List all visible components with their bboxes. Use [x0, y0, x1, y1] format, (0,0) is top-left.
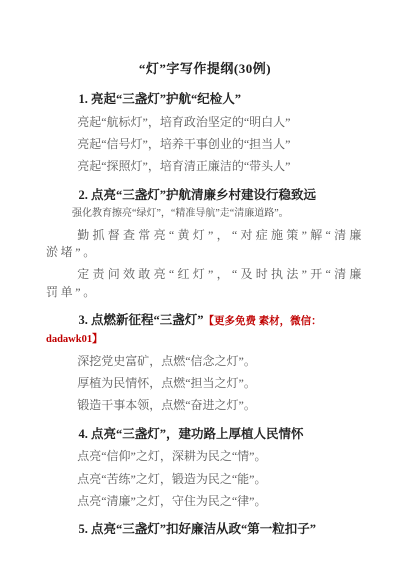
promo-annotation: 【更多免费 素材，微信：dadawk01】 — [46, 316, 322, 345]
section-heading: 4. 点亮“三盏灯”，建功路上厚植人民情怀 — [46, 426, 364, 444]
outline-line: 点亮“苦练”之灯，锻造为民之“能”。 — [46, 471, 364, 488]
outline-section: 1. 亮起“三盏灯”护航“纪检人”亮起“航标灯”，培育政治坚定的“明白人”亮起“… — [46, 91, 364, 176]
outline-line: 厚植为民情怀，点燃“担当之灯”。 — [46, 375, 364, 392]
section-heading: 1. 亮起“三盏灯”护航“纪检人” — [46, 91, 364, 109]
outline-line: 点亮“清廉”之灯，守住为民之“律”。 — [46, 493, 364, 510]
outline-line: 亮起“探照灯”，培育清正廉洁的“带头人” — [46, 158, 364, 175]
outline-line: 勤抓督查常亮“黄灯”，“对症施策”解“清廉淤堵”。 — [46, 227, 364, 262]
outline-line: 点亮“信仰”之灯，深耕为民之“情”。 — [46, 448, 364, 465]
outline-line: 亮起“航标灯”，培育政治坚定的“明白人” — [46, 114, 364, 131]
outline-line: 定责问效敢亮“红灯”，“及时执法”开“清廉罚单”。 — [46, 266, 364, 301]
outline-line: 亮起“信号灯”，培养干事创业的“担当人” — [46, 136, 364, 153]
outline-sections: 1. 亮起“三盏灯”护航“纪检人”亮起“航标灯”，培育政治坚定的“明白人”亮起“… — [46, 91, 364, 539]
outline-section: 4. 点亮“三盏灯”，建功路上厚植人民情怀点亮“信仰”之灯，深耕为民之“情”。点… — [46, 426, 364, 511]
section-heading: 2. 点亮“三盏灯”护航清廉乡村建设行稳致远 — [46, 187, 364, 205]
outline-line: 强化教育擦亮“绿灯”，“精准导航”走“清廉道路”。 — [46, 207, 364, 222]
outline-line: 锻造干事本领，点燃“奋进之灯”。 — [46, 397, 364, 414]
document-title: “灯”字写作提纲(30例) — [46, 58, 364, 77]
section-heading: 5. 点亮“三盏灯”扣好廉洁从政“第一粒扣子” — [46, 521, 364, 539]
outline-section: 2. 点亮“三盏灯”护航清廉乡村建设行稳致远强化教育擦亮“绿灯”，“精准导航”走… — [46, 187, 364, 302]
outline-section: 5. 点亮“三盏灯”扣好廉洁从政“第一粒扣子” — [46, 521, 364, 539]
outline-section: 3. 点燃新征程“三盏灯”【更多免费 素材，微信：dadawk01】深挖党史富矿… — [46, 312, 364, 415]
section-heading: 3. 点燃新征程“三盏灯”【更多免费 素材，微信：dadawk01】 — [46, 312, 364, 347]
document-page: “灯”字写作提纲(30例) 1. 亮起“三盏灯”护航“纪检人”亮起“航标灯”，培… — [0, 0, 410, 580]
outline-line: 深挖党史富矿，点燃“信念之灯”。 — [46, 353, 364, 370]
